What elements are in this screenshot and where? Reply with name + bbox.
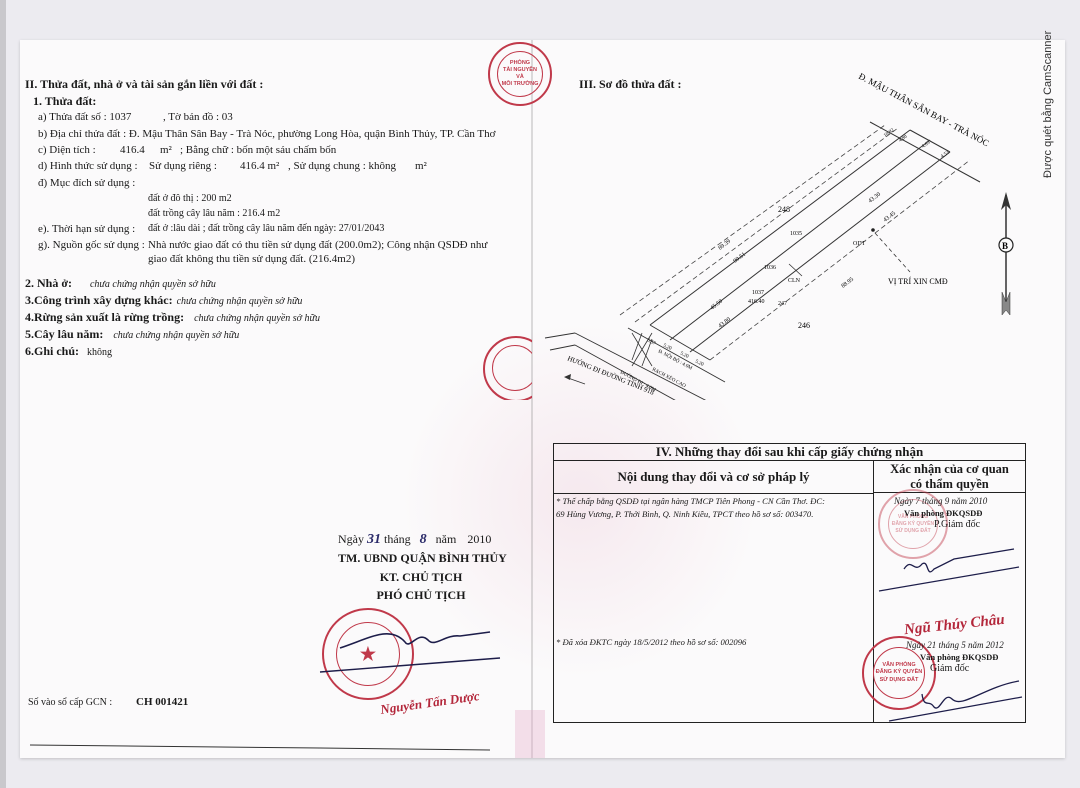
date-year-label: năm: [436, 532, 457, 546]
entry-1-title: P.Giám đốc: [934, 519, 980, 530]
land-type-odt: ODT: [853, 241, 866, 247]
window-edge: [0, 0, 6, 788]
area-unit: m²: [160, 144, 172, 156]
item-value: chưa chứng nhận quyền sở hữu: [194, 313, 320, 324]
parcel-1036: 1036: [764, 265, 776, 271]
col-confirm-line: có thẩm quyền: [874, 477, 1025, 492]
signer-name: Nguyễn Tấn Dược: [379, 688, 480, 718]
item-value: chưa chứng nhận quyền sở hữu: [177, 296, 303, 307]
changes-title: IV. Những thay đổi sau khi cấp giấy chứn…: [554, 444, 1025, 461]
purpose-label: đ) Mục đích sử dụng :: [38, 177, 135, 189]
issue-date: Ngày 31 tháng 8 năm 2010: [338, 532, 491, 548]
date-month-label: tháng: [384, 532, 411, 546]
dim-side: 43.30: [868, 192, 882, 205]
entry-2-date: Ngày 21 tháng 5 năm 2012: [906, 640, 1004, 650]
private-use-label: Sử dụng riêng :: [149, 160, 217, 172]
private-use-value: 416.4 m²: [240, 160, 279, 172]
col-confirm-line: Xác nhận của cơ quan: [874, 462, 1025, 477]
registry-label: Số vào sổ cấp GCN :: [28, 697, 112, 708]
parcel-address: b) Địa chỉ thửa đất : Đ. Mậu Thân Sân Ba…: [38, 128, 518, 140]
entry-2-office: Văn phòng ĐKQSDĐ: [920, 652, 998, 662]
shared-use-unit: m²: [415, 160, 427, 172]
camscanner-watermark: Được quét bằng CamScanner: [1042, 31, 1054, 178]
signature: [310, 620, 510, 680]
land-parcel-subtitle: 1. Thửa đất:: [33, 94, 96, 109]
date-year: 2010: [467, 532, 491, 546]
date-day: 31: [367, 532, 381, 547]
dim-side: 90.51: [733, 252, 747, 265]
dim-bottom: 5.20: [694, 359, 705, 368]
land-plot-diagram: Đ. MẬU THÂN SÂN BAY - TRÀ NÓC VỊ TRÍ XIN…: [540, 60, 1040, 400]
house-row: 2. Nhà ở: chưa chứng nhận quyền sở hữu: [25, 274, 216, 292]
origin-line-1: Nhà nước giao đất có thu tiền sử dụng đấ…: [148, 239, 487, 251]
canal-label: RẠCH XẺO CAO: [651, 366, 687, 389]
neighbor-246: 246: [798, 321, 810, 330]
perennial-trees-row: 5.Cây lâu năm: chưa chứng nhận quyền sở …: [25, 325, 239, 343]
parcel-number: a) Thửa đất số : 1037: [38, 111, 131, 123]
area-in-words: ; Bằng chữ : bốn một sáu chấm bốn: [180, 144, 336, 156]
stamp-line: MÔI TRƯỜNG: [502, 81, 539, 88]
notes-row: 6.Ghi chú: không: [25, 342, 112, 360]
neighbor-248: 248: [778, 205, 790, 214]
item-value: không: [87, 347, 112, 358]
item-label: 5.Cây lâu năm:: [25, 327, 103, 341]
entry-1-line-1: * Thế chấp bằng QSDĐ tại ngân hàng TMCP …: [556, 496, 825, 506]
item-label: 6.Ghi chú:: [25, 344, 79, 358]
stamp-line: TÀI NGUYÊN: [503, 67, 537, 74]
neighbor-247: 247: [778, 301, 787, 307]
parcel-1035: 1035: [790, 231, 802, 237]
direction-label: HƯỚNG ĐI ĐƯỜNG TỈNH 918: [566, 354, 655, 396]
date-month: 8: [420, 532, 427, 547]
north-label: B: [1002, 241, 1008, 251]
map-sheet: , Tờ bản đồ : 03: [163, 111, 233, 123]
origin-line-2: giao đất không thu tiền sử dụng đất. (21…: [148, 253, 355, 265]
entry-2-signer: Ngũ Thúy Châu: [903, 612, 1005, 639]
dim-side: 45.50: [710, 299, 724, 312]
internal-road-label: Đ. NỘI BỘ : 4.0M: [657, 348, 694, 371]
entry-1-line-2: 69 Hùng Vương, P. Thới Bình, Q. Ninh Kiề…: [556, 509, 813, 519]
seam-stamp: [480, 336, 532, 400]
dim-side: 89.39: [718, 239, 732, 252]
north-arrow-icon: B: [999, 192, 1013, 315]
parcel-area: 416.40: [748, 299, 765, 305]
entry-1-signature: [874, 539, 1024, 599]
authority-line: PHÓ CHỦ TỊCH: [338, 588, 504, 603]
dim-bottom: 5.57: [646, 338, 657, 347]
col-confirm-header: Xác nhận của cơ quan có thẩm quyền: [874, 461, 1025, 493]
entry-2-signature: [874, 669, 1024, 724]
item-label: 2. Nhà ở:: [25, 276, 72, 290]
entry-1-office: Văn phòng ĐKQSDĐ: [904, 508, 982, 518]
term-label: e). Thời hạn sử dụng :: [38, 223, 135, 235]
stamp-line: ĐĂNG KÝ QUYỀN: [892, 521, 934, 528]
certificate-sheet: II. Thửa đất, nhà ở và tài sản gắn liền …: [20, 40, 1065, 758]
dim-side: 43.80: [718, 317, 732, 330]
item-value: chưa chứng nhận quyền sở hữu: [90, 279, 216, 290]
parcel-1037: 1037: [752, 290, 764, 296]
area-value: 416.4: [120, 144, 145, 156]
date-prefix: Ngày: [338, 532, 364, 546]
dim-side: 88.95: [841, 277, 855, 290]
road-top-label: Đ. MẬU THÂN SÂN BAY - TRÀ NÓC: [857, 71, 991, 148]
stamp-line: PHÒNG: [510, 60, 530, 67]
land-type-cln: CLN: [788, 278, 801, 284]
item-label: 4.Rừng sản xuất là rừng trồng:: [25, 310, 184, 324]
requested-position-label: VỊ TRÍ XIN CMĐ: [888, 276, 948, 286]
bottom-edge-line: [20, 740, 550, 758]
authority-line: KT. CHỦ TỊCH: [338, 570, 504, 585]
item-label: 3.Công trình xây dựng khác:: [25, 293, 173, 307]
dim-top: 10.92: [883, 128, 895, 139]
registry-number: CH 001421: [136, 696, 188, 708]
shared-use: , Sử dụng chung : không: [288, 160, 396, 172]
section-ii-title: II. Thửa đất, nhà ở và tài sản gắn liền …: [25, 77, 263, 92]
area-label: c) Diện tích :: [38, 144, 96, 156]
usage-form-label: d) Hình thức sử dụng :: [38, 160, 138, 172]
purpose-item: đất ở đô thị : 200 m2: [148, 193, 232, 204]
col-content-header: Nội dung thay đổi và cơ sở pháp lý: [554, 461, 874, 494]
entry-1-date: Ngày 7 tháng 9 năm 2010: [894, 496, 987, 506]
changes-table: IV. Những thay đổi sau khi cấp giấy chứn…: [553, 443, 1026, 723]
other-construction-row: 3.Công trình xây dựng khác: chưa chứng n…: [25, 291, 302, 309]
dim-bottom: 5.20: [679, 351, 690, 360]
term-value: đất ở :lâu dài ; đất trồng cây lâu năm đ…: [148, 223, 384, 234]
production-forest-row: 4.Rừng sản xuất là rừng trồng: chưa chứn…: [25, 308, 320, 326]
authority-line: TM. UBND QUẬN BÌNH THỦY: [338, 551, 504, 566]
stamp-line: VÀ: [516, 74, 524, 81]
origin-label: g). Nguồn gốc sử dụng :: [38, 239, 145, 251]
purpose-item: đất trồng cây lâu năm : 216.4 m2: [148, 208, 280, 219]
item-value: chưa chứng nhận quyền sở hữu: [113, 330, 239, 341]
stamp-line: SỬ DỤNG ĐẤT: [895, 528, 930, 535]
entry-2-line-1: * Đã xóa ĐKTC ngày 18/5/2012 theo hồ sơ …: [556, 637, 746, 647]
